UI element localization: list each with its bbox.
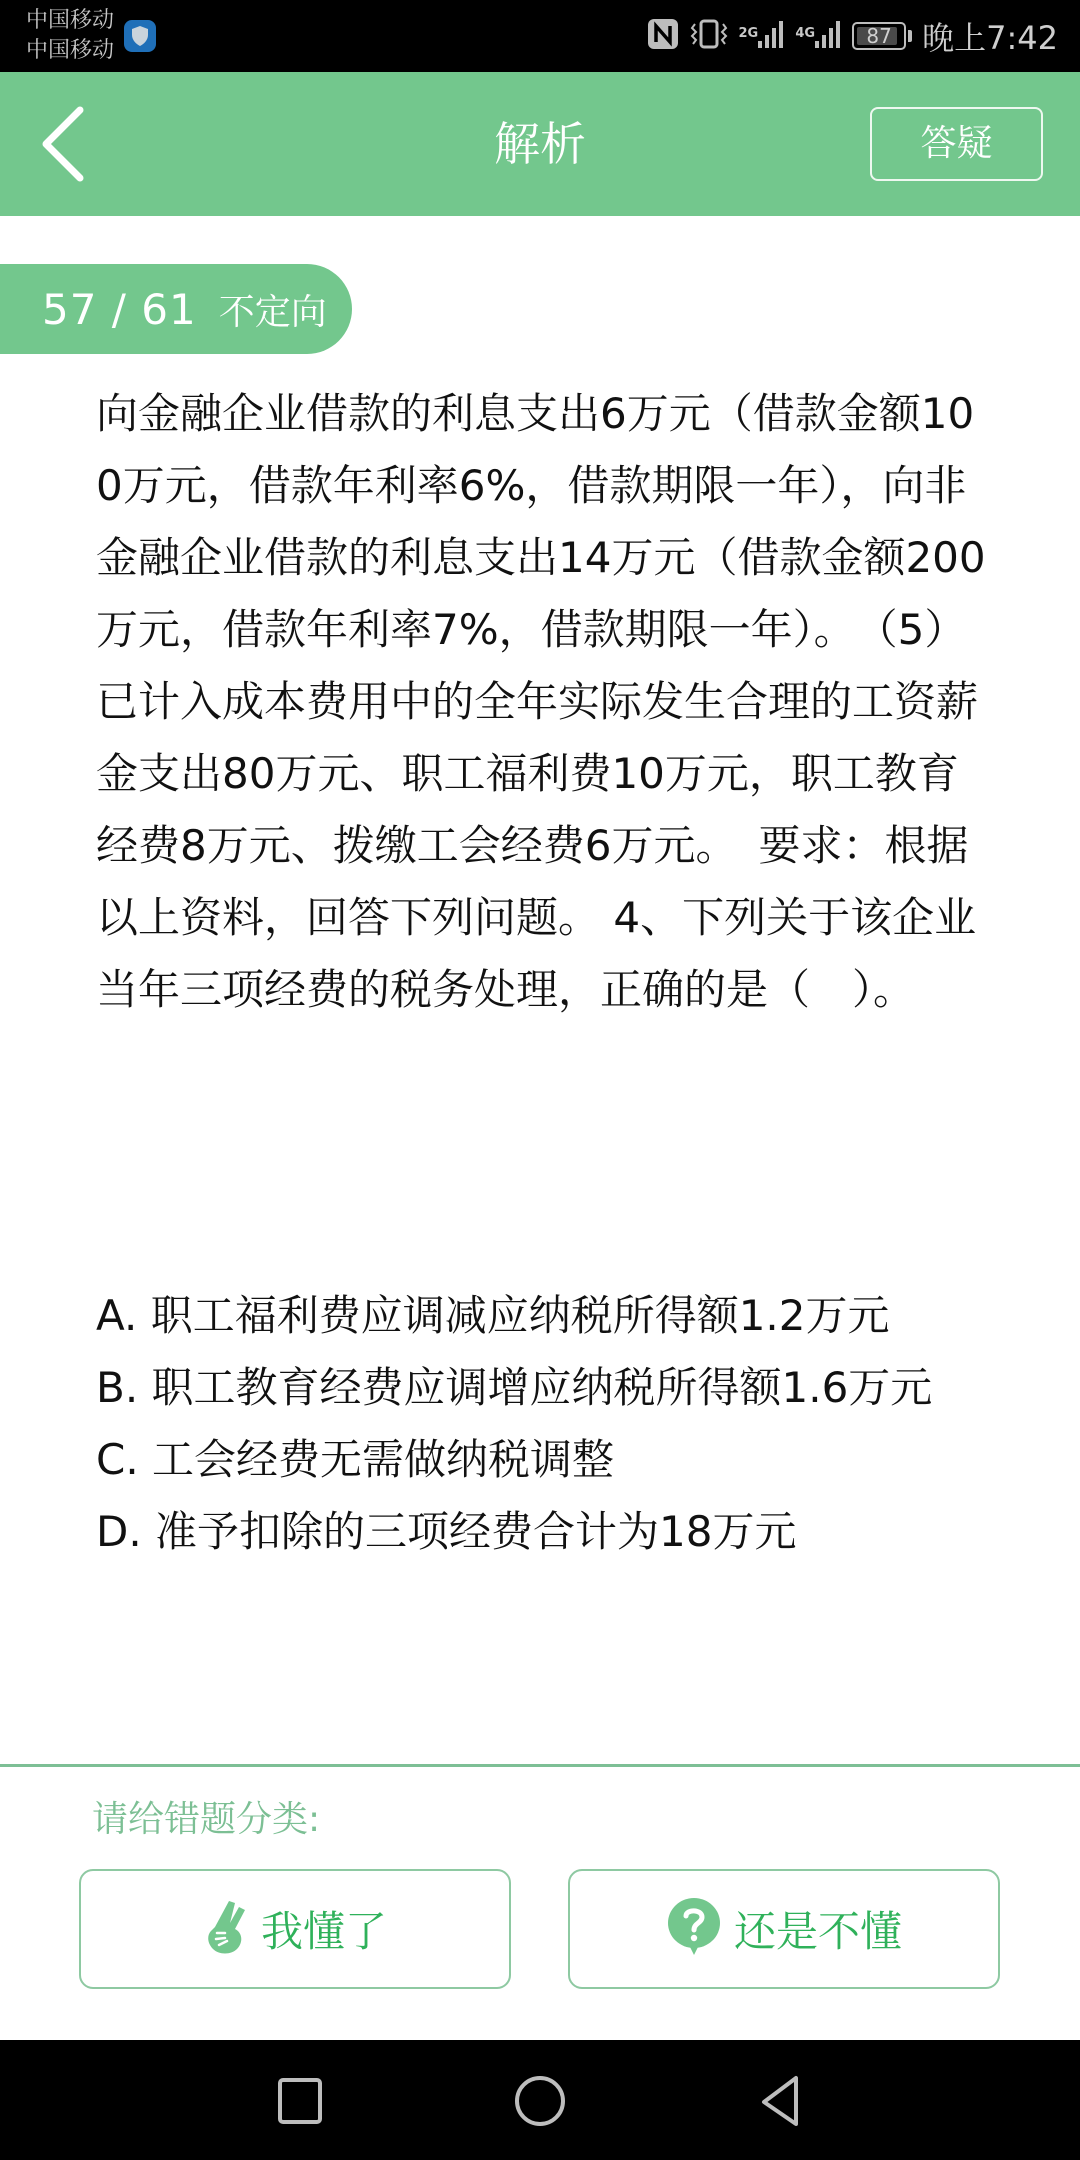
classify-label: 请给错题分类: <box>92 1790 320 1850</box>
understood-label: 我懂了 <box>261 1899 387 1959</box>
understood-button[interactable]: 我懂了 <box>79 1869 511 1989</box>
question-stem: 向金融企业借款的利息支出6万元（借款金额100万元，借款年利率6%，借款期限一年… <box>96 378 996 1026</box>
not-understood-label: 还是不懂 <box>734 1899 902 1959</box>
option-b[interactable]: B. 职工教育经费应调增应纳税所得额1.6万元 <box>96 1352 976 1424</box>
system-nav-bar <box>0 2040 1080 2160</box>
ask-question-button[interactable]: 答疑 <box>870 107 1043 181</box>
victory-hand-icon <box>203 1899 249 1959</box>
option-c[interactable]: C. 工会经费无需做纳税调整 <box>96 1424 976 1496</box>
circle-icon <box>508 2068 572 2132</box>
question-text: 向金融企业借款的利息支出6万元（借款金额100万元，借款年利率6%，借款期限一年… <box>96 378 996 1026</box>
carrier-label: 中国移动 <box>26 38 114 64</box>
system-back-button[interactable] <box>748 2068 812 2132</box>
recent-apps-button[interactable] <box>268 2068 332 2132</box>
battery-icon: 87 <box>852 22 906 50</box>
home-button[interactable] <box>508 2068 572 2132</box>
nfc-icon <box>647 18 679 54</box>
triangle-back-icon <box>748 2068 812 2132</box>
status-bar: 中国移动 中国移动 2G 4G 87 晚上7:42 <box>0 0 1080 72</box>
square-icon <box>268 2068 332 2132</box>
clock: 晚上7:42 <box>922 13 1058 59</box>
progress-badge: 57 / 61 不定向 <box>0 264 352 354</box>
question-bubble-icon <box>666 1897 722 1961</box>
not-understood-button[interactable]: 还是不懂 <box>568 1869 1000 1989</box>
option-d[interactable]: D. 准予扣除的三项经费合计为18万元 <box>96 1496 976 1568</box>
signal-4g-icon: 4G <box>795 19 842 53</box>
options-list: A. 职工福利费应调减应纳税所得额1.2万元 B. 职工教育经费应调增应纳税所得… <box>96 1280 976 1568</box>
option-a[interactable]: A. 职工福利费应调减应纳税所得额1.2万元 <box>96 1280 976 1352</box>
app-header: 解析 答疑 <box>0 72 1080 216</box>
battery-level: 87 <box>866 24 891 48</box>
carrier-label: 中国移动 <box>26 8 114 34</box>
question-type: 不定向 <box>219 284 327 335</box>
question-counter: 57 / 61 <box>42 285 197 334</box>
security-shield-icon <box>124 20 156 52</box>
divider <box>0 1764 1080 1767</box>
signal-2g-icon: 2G <box>739 19 786 53</box>
vibrate-icon <box>689 18 729 54</box>
